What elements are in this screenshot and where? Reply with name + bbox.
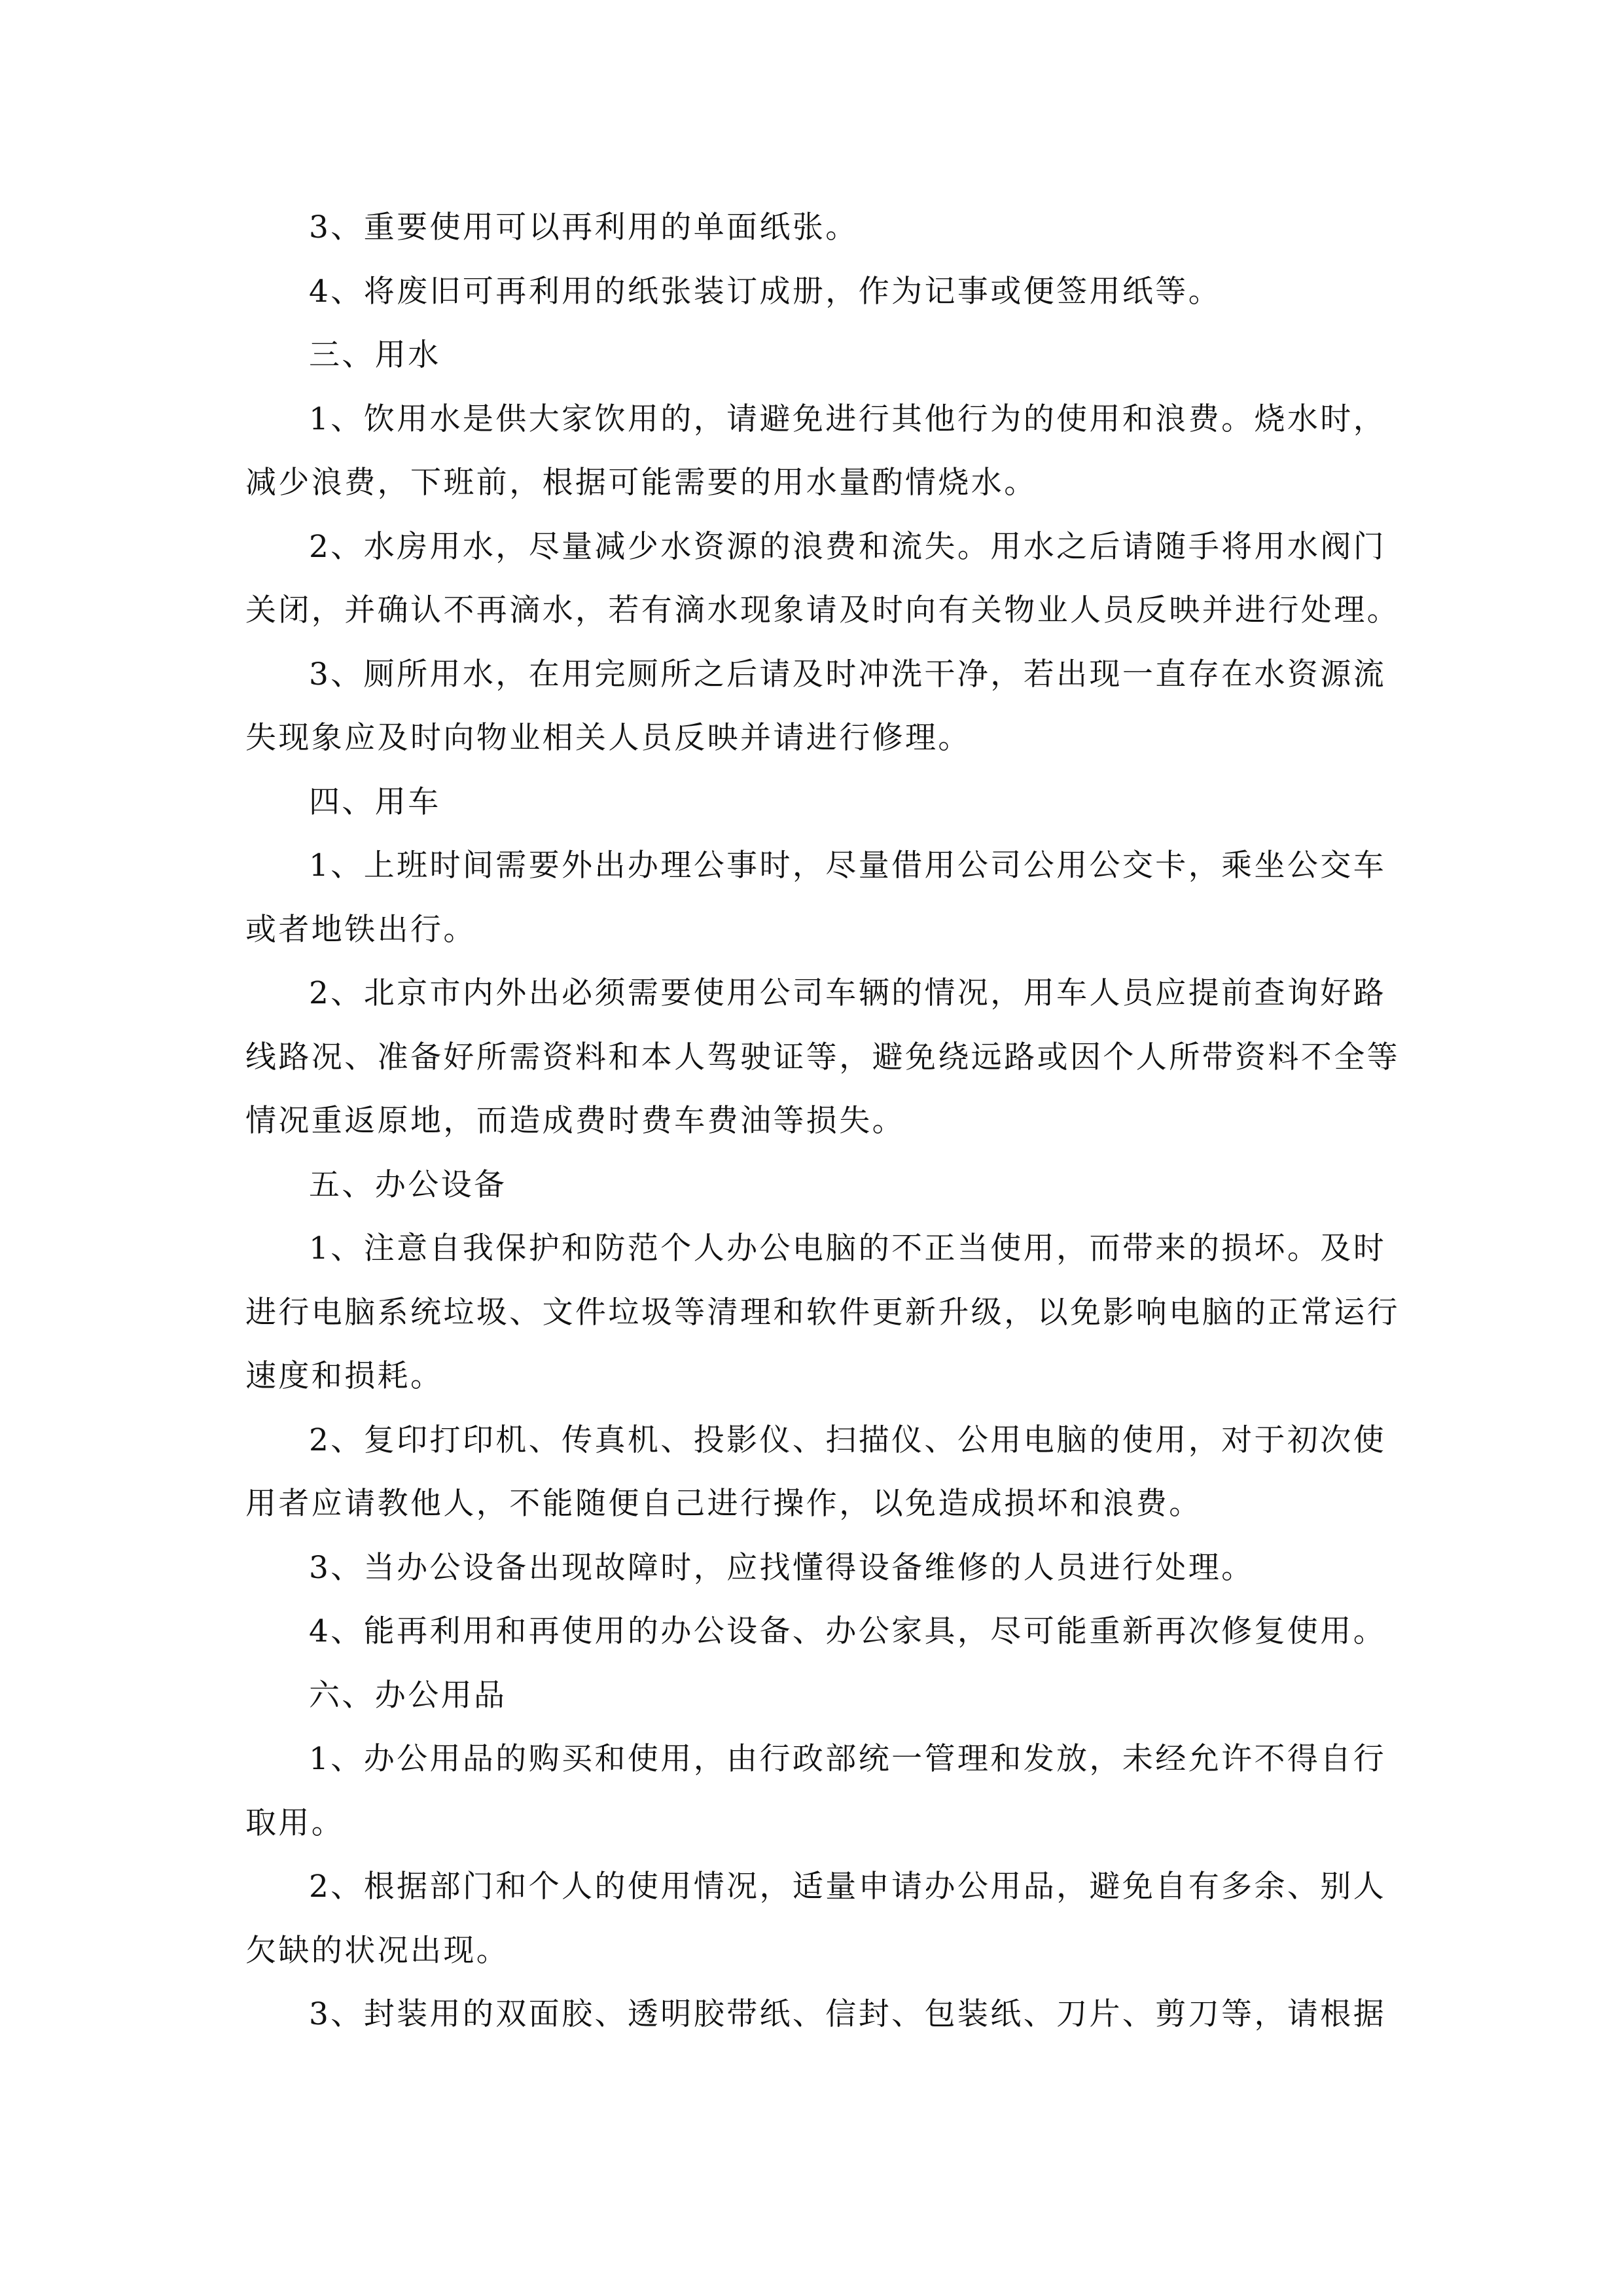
paper-item-4: 4、将废旧可再利用的纸张装订成册，作为记事或便签用纸等。 xyxy=(309,272,1221,312)
section-heading-vehicle: 四、用车 xyxy=(309,783,441,822)
equipment-item-2: 2、复印打印机、传真机、投影仪、扫描仪、公用电脑的使用，对于初次使 xyxy=(309,1421,1386,1460)
water-item-1: 1、饮用水是供大家饮用的，请避免进行其他行为的使用和浪费。烧水时， xyxy=(309,400,1386,439)
water-item-2: 2、水房用水，尽量减少水资源的浪费和流失。用水之后请随手将用水阀门 xyxy=(309,528,1386,567)
supplies-item-3: 3、封装用的双面胶、透明胶带纸、信封、包装纸、刀片、剪刀等，请根据 xyxy=(309,1995,1386,2034)
vehicle-item-2-cont-2: 情况重返原地，而造成费时费车费油等损失。 xyxy=(245,1102,905,1141)
vehicle-item-1-cont: 或者地铁出行。 xyxy=(245,910,476,950)
equipment-item-1-cont-1: 进行电脑系统垃圾、文件垃圾等清理和软件更新升级，以免影响电脑的正常运行 xyxy=(245,1293,1400,1333)
equipment-item-2-cont: 用者应请教他人，不能随便自己进行操作，以免造成损坏和浪费。 xyxy=(245,1484,1202,1524)
section-heading-water: 三、用水 xyxy=(309,336,441,375)
equipment-item-3: 3、当办公设备出现故障时，应找懂得设备维修的人员进行处理。 xyxy=(309,1549,1255,1588)
supplies-item-1-cont: 取用。 xyxy=(245,1804,344,1843)
water-item-2-cont: 关闭，并确认不再滴水，若有滴水现象请及时向有关物业人员反映并进行处理。 xyxy=(245,591,1400,630)
vehicle-item-2-cont-1: 线路况、准备好所需资料和本人驾驶证等，避免绕远路或因个人所带资料不全等 xyxy=(245,1038,1400,1077)
equipment-item-1-cont-2: 速度和损耗。 xyxy=(245,1357,443,1396)
equipment-item-1: 1、注意自我保护和防范个人办公电脑的不正当使用，而带来的损坏。及时 xyxy=(309,1229,1386,1268)
section-heading-equipment: 五、办公设备 xyxy=(309,1166,507,1205)
water-item-3-cont: 失现象应及时向物业相关人员反映并请进行修理。 xyxy=(245,719,971,758)
section-heading-supplies: 六、办公用品 xyxy=(309,1676,507,1715)
supplies-item-2-cont: 欠缺的状况出现。 xyxy=(245,1931,509,1971)
paper-item-3: 3、重要使用可以再利用的单面纸张。 xyxy=(309,208,859,247)
equipment-item-4: 4、能再利用和再使用的办公设备、办公家具，尽可能重新再次修复使用。 xyxy=(309,1612,1386,1651)
vehicle-item-2: 2、北京市内外出必须需要使用公司车辆的情况，用车人员应提前查询好路 xyxy=(309,974,1386,1013)
water-item-1-cont: 减少浪费，下班前，根据可能需要的用水量酌情烧水。 xyxy=(245,463,1037,503)
supplies-item-1: 1、办公用品的购买和使用，由行政部统一管理和发放，未经允许不得自行 xyxy=(309,1740,1386,1779)
water-item-3: 3、厕所用水，在用完厕所之后请及时冲洗干净，若出现一直存在水资源流 xyxy=(309,655,1386,694)
vehicle-item-1: 1、上班时间需要外出办理公事时，尽量借用公司公用公交卡，乘坐公交车 xyxy=(309,846,1386,886)
supplies-item-2: 2、根据部门和个人的使用情况，适量申请办公用品，避免自有多余、别人 xyxy=(309,1867,1386,1907)
